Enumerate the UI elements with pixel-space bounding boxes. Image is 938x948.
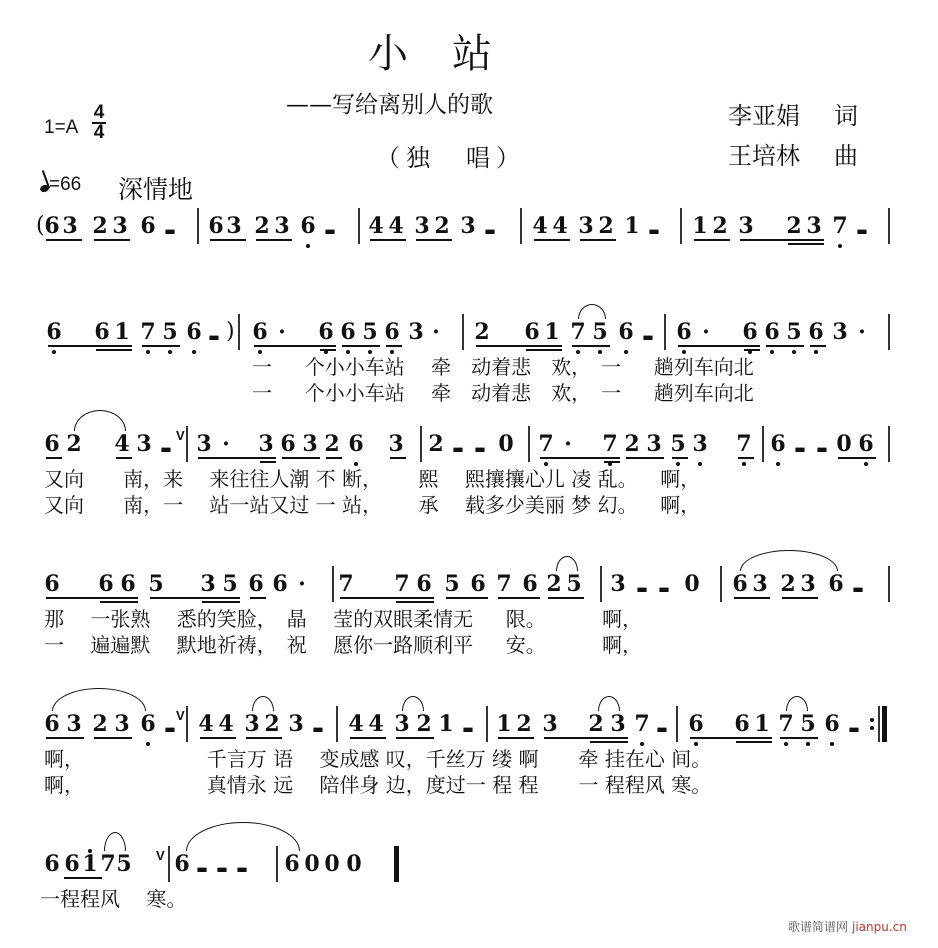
bar-line	[888, 314, 890, 350]
lyric-line: 一 遍遍默 默地祈祷， 祝 愿你一路顺利平 安。 啊，	[44, 634, 642, 656]
note: 7	[832, 214, 848, 238]
note: 6	[732, 572, 748, 596]
note: 2	[546, 572, 562, 596]
note: 3	[114, 712, 130, 736]
low-octave-dot	[784, 742, 788, 746]
note: 3	[394, 712, 410, 736]
beam-underline	[116, 457, 132, 459]
note: 7	[634, 712, 650, 736]
note: 2	[474, 320, 490, 344]
note: 7	[736, 432, 752, 456]
note: 3	[288, 712, 304, 736]
parenthesis: )	[226, 320, 235, 344]
beam-underline	[738, 457, 754, 459]
score-system: 6243▬3·3632632▬▬07·7235376▬▬06V又向 南，来 来往…	[0, 432, 938, 522]
note: 3	[752, 572, 768, 596]
beam-underline	[766, 345, 804, 347]
note: 5	[222, 572, 238, 596]
note: 0	[346, 852, 362, 876]
beam-underline	[736, 737, 772, 739]
note: 3	[196, 432, 212, 456]
note: 3	[800, 572, 816, 596]
bar-line	[528, 426, 530, 462]
bar-line	[420, 426, 422, 462]
sustain-dash: ▬	[640, 325, 656, 349]
note: 1	[544, 320, 560, 344]
note: 6	[44, 214, 60, 238]
note: 5	[786, 320, 802, 344]
sustain-dash: ▬	[206, 325, 222, 349]
note: 6	[272, 572, 288, 596]
beam-underline	[390, 457, 406, 459]
low-octave-dot	[168, 350, 172, 354]
beam-underline	[810, 345, 826, 347]
low-octave-dot	[598, 350, 602, 354]
beam-underline	[694, 239, 730, 241]
key-signature: 1=A	[44, 117, 78, 139]
note: 3	[136, 432, 152, 456]
low-octave-dot	[640, 742, 644, 746]
note: 7	[602, 432, 618, 456]
note: 0	[498, 432, 514, 456]
final-bar-line	[394, 846, 399, 882]
note: 1	[114, 320, 130, 344]
note: 3	[226, 214, 242, 238]
beam-underline	[250, 597, 266, 599]
watermark-text: 歌谱简谱网	[788, 920, 848, 934]
beam-underline	[446, 597, 488, 599]
high-octave-dot	[88, 849, 92, 853]
low-octave-dot	[742, 462, 746, 466]
song-subtitle: ——写给离别人的歌	[286, 86, 493, 119]
low-octave-dot	[624, 350, 628, 354]
note: 6	[348, 432, 364, 456]
time-signature-numerator: 4	[92, 104, 106, 122]
lyric-line: 啊， 真情永 远 陪伴身 边，度过一 程 程 一 程程风 寒。	[44, 774, 711, 796]
composer-credit: 王培林曲	[728, 136, 858, 171]
low-octave-dot	[814, 350, 818, 354]
beam-underline	[200, 737, 236, 739]
note: 6	[742, 320, 758, 344]
performance-mode: （独 唱）	[376, 138, 526, 173]
bar-line	[462, 314, 464, 350]
beam-underline	[788, 239, 824, 241]
beam-underline	[326, 457, 342, 459]
bar-line	[680, 208, 682, 244]
note: 4	[198, 712, 214, 736]
bar-line	[600, 566, 602, 602]
sustain-dash: ▬	[634, 577, 650, 601]
note: 3	[646, 432, 662, 456]
beam-underline	[534, 239, 570, 241]
bar-line	[168, 846, 170, 882]
note: 4	[532, 214, 548, 238]
note: 3	[460, 214, 476, 238]
sustain-dash: ▬	[450, 437, 466, 461]
lyric-line: 那 一张熟 悉的笑脸， 晶 莹的双眼柔情无 限。 啊，	[44, 608, 642, 630]
slur-arc	[252, 696, 274, 711]
note: 4	[348, 712, 364, 736]
beam-underline	[94, 239, 130, 241]
repeat-bar-thick	[882, 706, 887, 742]
beam-underline	[370, 239, 406, 241]
note: 3	[302, 432, 318, 456]
note: 3	[692, 432, 708, 456]
composer-name: 王培林	[728, 142, 800, 170]
bar-line	[664, 314, 666, 350]
low-octave-dot	[576, 350, 580, 354]
sustain-dash: ▬	[214, 857, 230, 881]
note: 3	[258, 432, 274, 456]
note: 6	[44, 432, 60, 456]
beam-underline	[142, 345, 180, 347]
note: 6	[120, 572, 136, 596]
note: 2	[780, 572, 796, 596]
note: 2	[66, 432, 82, 456]
note: 5	[362, 320, 378, 344]
low-octave-dot	[354, 462, 358, 466]
sustain-dash: ▬	[322, 219, 338, 243]
note: 6	[284, 852, 300, 876]
low-octave-dot	[368, 350, 372, 354]
slur-arc	[74, 410, 126, 431]
note: 4	[114, 432, 130, 456]
note: 7	[338, 572, 354, 596]
note: 5	[670, 432, 686, 456]
note: 3	[388, 432, 404, 456]
composer-role: 曲	[834, 136, 858, 171]
note: 3	[610, 572, 626, 596]
beam-underline	[590, 737, 628, 739]
note: 3	[62, 214, 78, 238]
note: 2	[416, 712, 432, 736]
lyricist-role: 词	[834, 96, 858, 131]
sustain-dash: ▬	[646, 219, 662, 243]
bar-line	[676, 706, 678, 742]
augmentation-dot: ·	[428, 320, 444, 344]
beam-underline	[260, 461, 276, 463]
bar-line	[720, 566, 722, 602]
note: 6	[688, 712, 704, 736]
beam-underline	[604, 461, 620, 463]
beam-underline	[736, 741, 772, 743]
sustain-dash: ▬	[234, 857, 250, 881]
note: 7	[100, 852, 116, 876]
slur-arc	[598, 696, 620, 711]
bar-line	[336, 706, 338, 742]
note: 3	[832, 320, 848, 344]
note: 7	[496, 572, 512, 596]
low-octave-dot	[146, 742, 150, 746]
bar-line	[197, 208, 199, 244]
low-octave-dot	[544, 462, 548, 466]
low-octave-dot	[698, 462, 702, 466]
bar-line	[276, 846, 278, 882]
beam-underline	[386, 345, 402, 347]
note: 3	[414, 214, 430, 238]
bar-line	[332, 566, 334, 602]
expression-marking: 深情地	[118, 170, 193, 206]
beam-underline	[526, 349, 562, 351]
low-octave-dot	[306, 244, 310, 248]
note: 0	[324, 852, 340, 876]
note: 2	[712, 214, 728, 238]
beam-underline	[780, 737, 818, 739]
sustain-dash: ▬	[846, 717, 862, 741]
beam-underline	[64, 877, 102, 879]
sustain-dash: ▬	[482, 219, 498, 243]
note: 5	[566, 572, 582, 596]
note: 6	[140, 214, 156, 238]
note: 1	[438, 712, 454, 736]
beam-underline	[572, 345, 610, 347]
note: 1	[496, 712, 512, 736]
beam-underline	[498, 597, 540, 599]
score-system: 63236▬63236▬44323▬44321▬123237▬(	[0, 214, 938, 304]
note: 3	[806, 214, 822, 238]
note: 6	[318, 320, 334, 344]
beam-underline	[626, 457, 664, 459]
note: 6	[764, 320, 780, 344]
beam-underline	[342, 345, 380, 347]
note: 4	[552, 214, 568, 238]
note: 3	[200, 572, 216, 596]
note: 3	[66, 712, 82, 736]
augmentation-dot: ·	[274, 320, 290, 344]
note: 6	[416, 572, 432, 596]
note: 3	[738, 214, 754, 238]
note: 6	[770, 432, 786, 456]
note: 6	[140, 712, 156, 736]
note: 7	[394, 572, 410, 596]
note: 6	[828, 572, 844, 596]
note: 5	[116, 852, 132, 876]
augmentation-dot: ·	[854, 320, 870, 344]
note: 6	[64, 852, 80, 876]
note: 1	[82, 852, 98, 876]
note: 3	[112, 214, 128, 238]
low-octave-dot	[258, 350, 262, 354]
bar-line	[186, 426, 188, 462]
note: 5	[148, 572, 164, 596]
note: 6	[44, 572, 60, 596]
slur-arc	[104, 832, 126, 851]
note: 6	[808, 320, 824, 344]
beam-underline	[396, 737, 434, 739]
augmentation-dot: ·	[294, 572, 310, 596]
note: 0	[836, 432, 852, 456]
note: 2	[324, 432, 340, 456]
note: 6	[174, 852, 190, 876]
note: 3	[274, 214, 290, 238]
note: 6	[94, 320, 110, 344]
repeat-bar-thin	[878, 706, 880, 742]
note: 6	[46, 320, 62, 344]
augmentation-dot: ·	[698, 320, 714, 344]
watermark-site: jianpu.cn	[852, 920, 907, 934]
beam-underline	[260, 457, 276, 459]
beam-underline	[202, 597, 240, 599]
sustain-dash: ▬	[310, 717, 326, 741]
lyric-line: 又向 南，来 来往往人潮 不 断， 熙 熙攘攘心儿 凌 乱。 啊，	[44, 468, 700, 490]
bar-line	[358, 208, 360, 244]
score-system: 661756▬6·66563·261756▬6·66563·)一 个小小车站 牵…	[0, 320, 938, 410]
beam-underline	[734, 597, 770, 599]
sustain-dash: ▬	[792, 437, 808, 461]
note: 2	[264, 712, 280, 736]
low-octave-dot	[776, 462, 780, 466]
lyricist-name: 李亚娟	[728, 102, 800, 130]
note: 3	[542, 712, 558, 736]
sustain-dash: ▬	[460, 717, 476, 741]
beam-underline	[46, 239, 82, 241]
tempo-marking: =66	[40, 174, 81, 196]
low-octave-dot	[192, 350, 196, 354]
slur-arc	[402, 696, 424, 711]
note: 6	[248, 572, 264, 596]
low-octave-dot	[390, 350, 394, 354]
sustain-dash: ▬	[654, 717, 670, 741]
beam-underline	[202, 601, 240, 603]
score-system: 63236▬44323▬44321▬123237▬661756▬V啊， 千言万 …	[0, 712, 938, 802]
low-octave-dot	[346, 350, 350, 354]
beam-underline	[416, 239, 452, 241]
beam-underline	[744, 345, 760, 347]
beam-underline	[526, 345, 562, 347]
low-octave-dot	[676, 462, 680, 466]
note: 6	[340, 320, 356, 344]
lyric-line: 一程程风 寒。	[40, 888, 186, 910]
watermark: 歌谱简谱网jianpu.cn	[788, 918, 907, 935]
beam-underline	[256, 239, 292, 241]
note: 6	[824, 712, 840, 736]
beam-underline	[396, 597, 434, 599]
note: 6	[470, 572, 486, 596]
note: 6	[280, 432, 296, 456]
low-octave-dot	[838, 244, 842, 248]
note: 7	[570, 320, 586, 344]
bar-line	[520, 208, 522, 244]
note: 1	[754, 712, 770, 736]
lyric-line: 啊， 千言万 语 变成感 叹，千丝万 缕 啊 牵 挂在心 间。	[44, 748, 711, 770]
beam-underline	[744, 349, 760, 351]
sustain-dash: ▬	[814, 437, 830, 461]
note: 6	[186, 320, 202, 344]
beam-underline	[246, 737, 282, 739]
beam-underline	[590, 741, 628, 743]
beam-underline	[320, 345, 336, 347]
bar-line	[486, 706, 488, 742]
song-title: 小站	[368, 22, 536, 79]
beam-underline	[96, 349, 132, 351]
note: 5	[444, 572, 460, 596]
note: 6	[252, 320, 268, 344]
bar-line	[186, 706, 188, 742]
augmentation-dot: ·	[218, 432, 234, 456]
note: 2	[92, 214, 108, 238]
time-signature: 4 4	[92, 104, 106, 142]
note: 5	[800, 712, 816, 736]
note: 4	[368, 214, 384, 238]
slur-arc	[740, 550, 838, 571]
note: 7	[140, 320, 156, 344]
low-octave-dot	[792, 350, 796, 354]
beam-underline	[672, 457, 688, 459]
bar-line	[888, 426, 890, 462]
note: 6	[618, 320, 634, 344]
note: 4	[218, 712, 234, 736]
slur-arc	[52, 688, 146, 711]
beam-underline	[46, 457, 62, 459]
beam-underline	[548, 597, 584, 599]
note: 2	[588, 712, 604, 736]
bar-line	[888, 566, 890, 602]
note: 6	[676, 320, 692, 344]
lyricist-credit: 李亚娟词	[728, 96, 858, 131]
beam-underline	[96, 345, 132, 347]
beam-underline	[604, 457, 620, 459]
note: 7	[538, 432, 554, 456]
note: 6	[300, 214, 316, 238]
low-octave-dot	[770, 350, 774, 354]
beam-underline	[46, 737, 84, 739]
bar-line	[888, 208, 890, 244]
score-system: 66653566·7765676253▬▬063236▬那 一张熟 悉的笑脸， …	[0, 572, 938, 662]
lyric-line: 一 个小小车站 牵 动着悲 欢， 一 趟列车向北	[252, 382, 754, 404]
parenthesis: (	[36, 214, 45, 238]
sustain-dash: ▬	[850, 577, 866, 601]
beam-underline	[210, 239, 246, 241]
note: 1	[692, 214, 708, 238]
augmentation-dot: ·	[560, 432, 576, 456]
beam-underline	[580, 239, 616, 241]
sustain-dash: ▬	[656, 577, 672, 601]
note: 2	[428, 432, 444, 456]
beam-underline	[498, 737, 534, 739]
beam-underline	[100, 597, 138, 599]
beam-underline	[282, 457, 320, 459]
note: 4	[388, 214, 404, 238]
note: 6	[858, 432, 874, 456]
beam-underline	[94, 737, 132, 739]
sustain-dash: ▬	[158, 437, 174, 461]
note: 6	[522, 572, 538, 596]
breath-mark: V	[176, 428, 185, 443]
note: 6	[734, 712, 750, 736]
note: 2	[92, 712, 108, 736]
note: 2	[624, 432, 640, 456]
note: 6	[384, 320, 400, 344]
low-octave-dot	[830, 742, 834, 746]
bar-line	[762, 426, 764, 462]
time-signature-denominator: 4	[92, 122, 106, 142]
note: 5	[162, 320, 178, 344]
note: 6	[524, 320, 540, 344]
beam-underline	[100, 601, 138, 603]
beam-underline	[320, 349, 336, 351]
note: 3	[408, 320, 424, 344]
low-octave-dot	[682, 350, 686, 354]
note: 2	[598, 214, 614, 238]
slur-arc	[578, 304, 606, 319]
sustain-dash: ▬	[194, 857, 210, 881]
low-octave-dot	[694, 742, 698, 746]
beam-underline	[788, 243, 824, 245]
note: 2	[786, 214, 802, 238]
note: 3	[610, 712, 626, 736]
note: 4	[368, 712, 384, 736]
tempo-value: =66	[49, 174, 81, 195]
